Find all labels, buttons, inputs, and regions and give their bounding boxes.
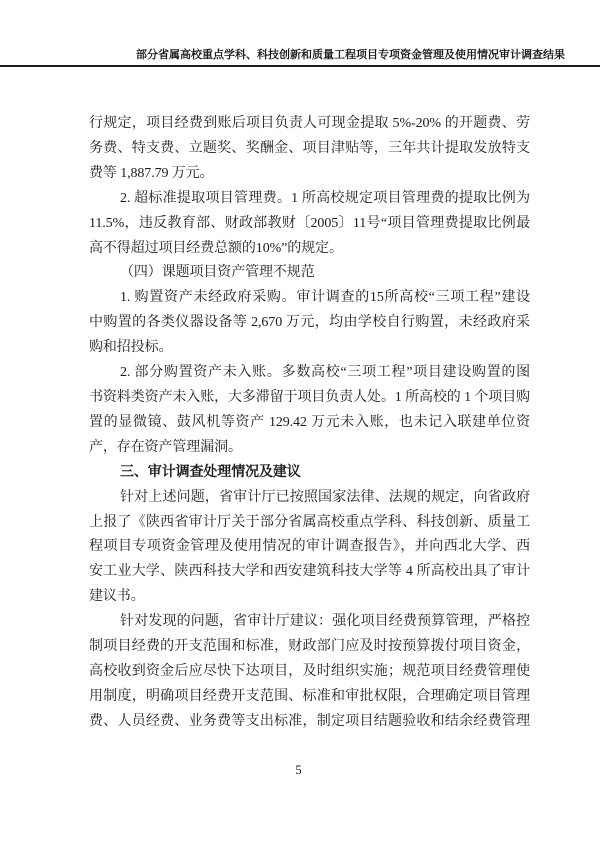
text-line: 2. 部分购置资产未入账。多数高校“三项工程”项目建设购置的图 [89, 361, 530, 386]
text-line: 针对上述问题，省审计厅已按照国家法律、法规的规定，向省政府 [89, 486, 530, 511]
text-line: （四）课题项目资产管理不规范 [89, 261, 530, 286]
text-line: 针对发现的问题，省审计厅建议：强化项目经费预算管理，严格控 [89, 610, 530, 635]
paragraph: （四）课题项目资产管理不规范 [89, 261, 530, 286]
text-line: 购和招投标。 [89, 336, 530, 361]
text-line: 2. 超标准提取项目管理费。1 所高校规定项目管理费的提取比例为 [89, 187, 530, 212]
text-line: 费、人员经费、业务费等支出标准，制定项目结题验收和结余经费管理 [89, 710, 530, 735]
text-line: 三、审计调查处理情况及建议 [89, 461, 530, 486]
header-rule [0, 65, 600, 67]
text-line: 书资料类资产未入账，大多滞留于项目负责人处。1 所高校的 1 个项目购 [89, 386, 530, 411]
document-page: 部分省属高校重点学科、科技创新和质量工程项目专项资金管理及使用情况审计调查结果 … [0, 0, 600, 849]
text-line: 行规定，项目经费到账后项目负责人可现金提取 5%-20% 的开题费、劳 [89, 112, 530, 137]
paragraph: 针对上述问题，省审计厅已按照国家法律、法规的规定，向省政府上报了《陕西省审计厅关… [89, 486, 530, 611]
page-number: 5 [295, 762, 302, 777]
text-line: 高不得超过项目经费总额的10%”的规定。 [89, 237, 530, 262]
text-line: 用制度，明确项目经费开支范围、标准和审批权限，合理确定项目管理 [89, 685, 530, 710]
text-line: 上报了《陕西省审计厅关于部分省属高校重点学科、科技创新、质量工 [89, 511, 530, 536]
text-line: 建议书。 [89, 585, 530, 610]
paragraph: 2. 部分购置资产未入账。多数高校“三项工程”项目建设购置的图书资料类资产未入账… [89, 361, 530, 461]
paragraph: 1. 购置资产未经政府采购。审计调查的15所高校“三项工程”建设中购置的各类仪器… [89, 286, 530, 361]
text-line: 1. 购置资产未经政府采购。审计调查的15所高校“三项工程”建设 [89, 286, 530, 311]
text-line: 11.5%，违反教育部、财政部教财〔2005〕11号“项目管理费提取比例最 [89, 212, 530, 237]
header-running-title: 部分省属高校重点学科、科技创新和质量工程项目专项资金管理及使用情况审计调查结果 [0, 46, 565, 62]
text-line: 高校收到资金后应尽快下达项目，及时组织实施；规范项目经费管理使 [89, 660, 530, 685]
paragraph: 行规定，项目经费到账后项目负责人可现金提取 5%-20% 的开题费、劳务费、特支… [89, 112, 530, 187]
text-line: 中购置的各类仪器设备等 2,670 万元，均由学校自行购置，未经政府采 [89, 311, 530, 336]
paragraph: 2. 超标准提取项目管理费。1 所高校规定项目管理费的提取比例为11.5%，违反… [89, 187, 530, 262]
text-line: 制项目经费的开支范围和标准，财政部门应及时按预算拨付项目资金， [89, 635, 530, 660]
page-footer: 5 [0, 762, 597, 778]
text-line: 程项目专项资金管理及使用情况的审计调查报告》，并向西北大学、西 [89, 535, 530, 560]
text-line: 安工业大学、陕西科技大学和西安建筑科技大学等 4 所高校出具了审计 [89, 560, 530, 585]
document-body: 行规定，项目经费到账后项目负责人可现金提取 5%-20% 的开题费、劳务费、特支… [89, 112, 530, 735]
text-line: 费等 1,887.79 万元。 [89, 162, 530, 187]
paragraph: 针对发现的问题，省审计厅建议：强化项目经费预算管理，严格控制项目经费的开支范围和… [89, 610, 530, 735]
text-line: 产，存在资产管理漏洞。 [89, 436, 530, 461]
paragraph: 三、审计调查处理情况及建议 [89, 461, 530, 486]
text-line: 置的显微镜、鼓风机等资产 129.42 万元未入账，也未记入联建单位资 [89, 411, 530, 436]
text-line: 务费、特支费、立题奖、奖酬金、项目津贴等，三年共计提取发放特支 [89, 137, 530, 162]
